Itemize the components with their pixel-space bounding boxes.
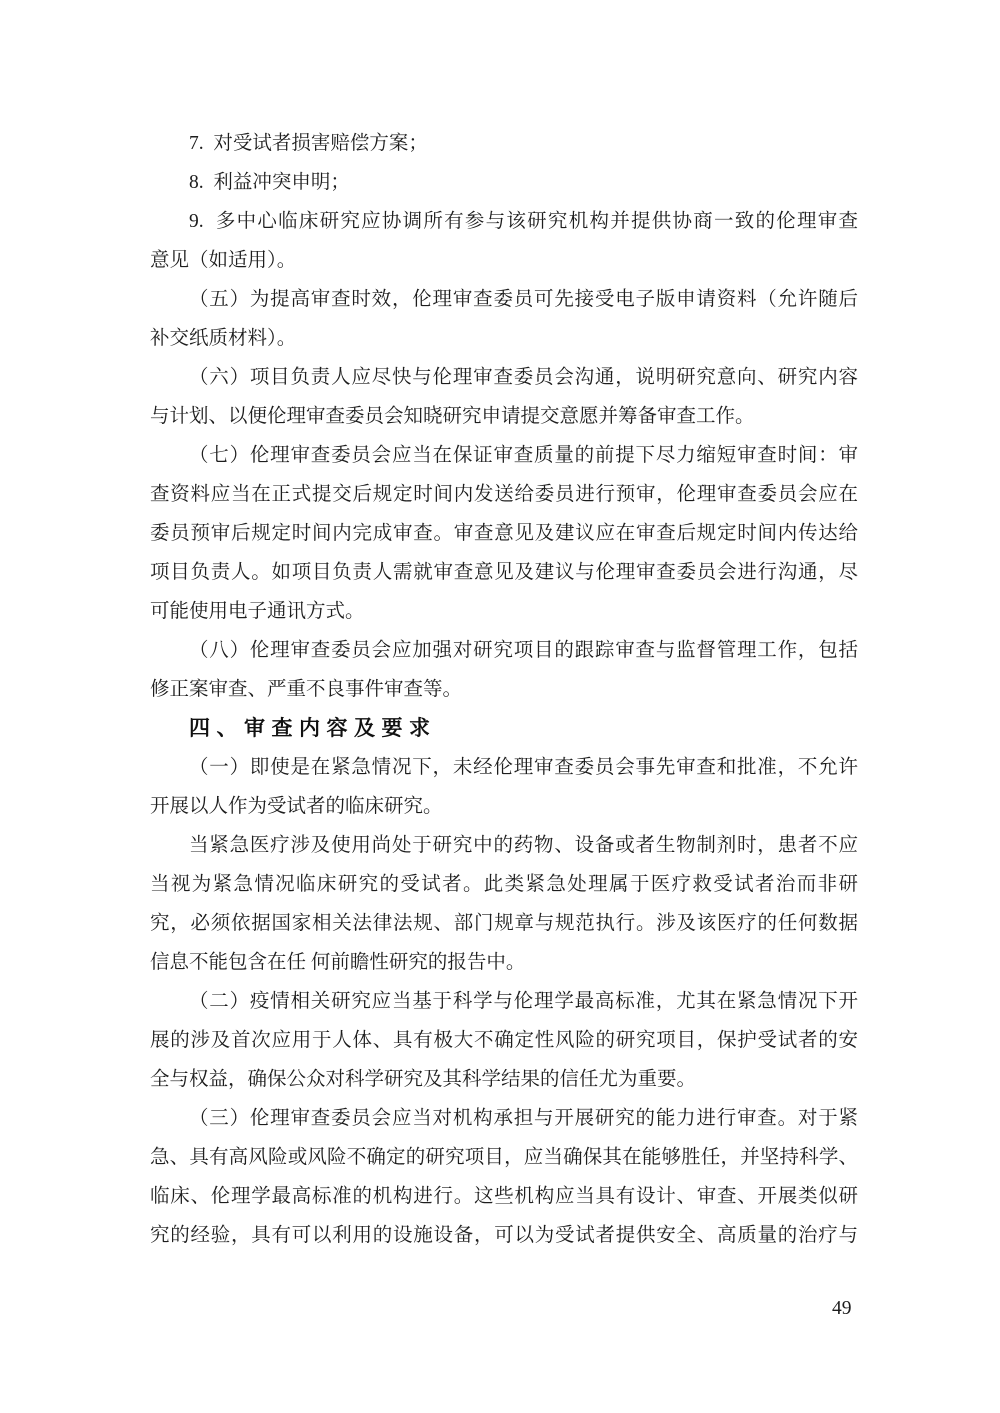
document-page: 7. 对受试者损害赔偿方案；8. 利益冲突申明；9. 多中心临床研究应协调所有参…: [0, 0, 1000, 1413]
page-number: 49: [832, 1297, 852, 1321]
text-line: 查资料应当在正式提交后规定时间内发送给委员进行预审，伦理审查委员会应在: [150, 475, 858, 514]
paragraph: （一）即使是在紧急情况下，未经伦理审查委员会事先审查和批准，不允许开展以人作为受…: [150, 748, 858, 826]
paragraph: （八）伦理审查委员会应加强对研究项目的跟踪审查与监督管理工作，包括修正案审查、严…: [150, 631, 858, 709]
text-line: 当视为紧急情况临床研究的受试者。此类紧急处理属于医疗救受试者治而非研: [150, 865, 858, 904]
text-line: 可能使用电子通讯方式。: [150, 592, 858, 631]
text-line: 项目负责人。如项目负责人需就审查意见及建议与伦理审查委员会进行沟通，尽: [150, 553, 858, 592]
text-line: 当紧急医疗涉及使用尚处于研究中的药物、设备或者生物制剂时，患者不应: [150, 826, 858, 865]
text-line: （一）即使是在紧急情况下，未经伦理审查委员会事先审查和批准，不允许: [150, 748, 858, 787]
text-line: 临床、伦理学最高标准的机构进行。这些机构应当具有设计、审查、开展类似研: [150, 1177, 858, 1216]
paragraph: （六）项目负责人应尽快与伦理审查委员会沟通，说明研究意向、研究内容与计划、以便伦…: [150, 358, 858, 436]
text-line: 意见（如适用）。: [150, 241, 858, 280]
text-line: 急、具有高风险或风险不确定的研究项目，应当确保其在能够胜任，并坚持科学、: [150, 1138, 858, 1177]
text-line: 展的涉及首次应用于人体、具有极大不确定性风险的研究项目，保护受试者的安: [150, 1021, 858, 1060]
text-line: 8. 利益冲突申明；: [150, 163, 858, 202]
text-line: 与计划、以便伦理审查委员会知晓研究申请提交意愿并筹备审查工作。: [150, 397, 858, 436]
text-line: 全与权益，确保公众对科学研究及其科学结果的信任尤为重要。: [150, 1060, 858, 1099]
text-line: 究，必须依据国家相关法律法规、部门规章与规范执行。涉及该医疗的任何数据: [150, 904, 858, 943]
text-line: （三）伦理审查委员会应当对机构承担与开展研究的能力进行审查。对于紧: [150, 1099, 858, 1138]
text-line: 9. 多中心临床研究应协调所有参与该研究机构并提供协商一致的伦理审查: [150, 202, 858, 241]
list-item: 7. 对受试者损害赔偿方案；: [150, 124, 858, 163]
paragraph: （七）伦理审查委员会应当在保证审查质量的前提下尽力缩短审查时间：审查资料应当在正…: [150, 436, 858, 631]
paragraph: （二）疫情相关研究应当基于科学与伦理学最高标准，尤其在紧急情况下开展的涉及首次应…: [150, 982, 858, 1099]
text-line: 四、审查内容及要求: [150, 709, 858, 748]
text-line: 补交纸质材料）。: [150, 319, 858, 358]
text-line: （六）项目负责人应尽快与伦理审查委员会沟通，说明研究意向、研究内容: [150, 358, 858, 397]
text-line: 修正案审查、严重不良事件审查等。: [150, 670, 858, 709]
text-line: 信息不能包含在任 何前瞻性研究的报告中。: [150, 943, 858, 982]
paragraph: （三）伦理审查委员会应当对机构承担与开展研究的能力进行审查。对于紧急、具有高风险…: [150, 1099, 858, 1255]
text-line: 开展以人作为受试者的临床研究。: [150, 787, 858, 826]
text-line: 委员预审后规定时间内完成审查。审查意见及建议应在审查后规定时间内传达给: [150, 514, 858, 553]
paragraph: 当紧急医疗涉及使用尚处于研究中的药物、设备或者生物制剂时，患者不应当视为紧急情况…: [150, 826, 858, 982]
text-line: （五）为提高审查时效，伦理审查委员可先接受电子版申请资料（允许随后: [150, 280, 858, 319]
text-line: 究的经验，具有可以利用的设施设备，可以为受试者提供安全、高质量的治疗与: [150, 1216, 858, 1255]
paragraph: （五）为提高审查时效，伦理审查委员可先接受电子版申请资料（允许随后补交纸质材料）…: [150, 280, 858, 358]
section-heading: 四、审查内容及要求: [150, 709, 858, 748]
text-line: （二）疫情相关研究应当基于科学与伦理学最高标准，尤其在紧急情况下开: [150, 982, 858, 1021]
list-item: 8. 利益冲突申明；: [150, 163, 858, 202]
text-line: 7. 对受试者损害赔偿方案；: [150, 124, 858, 163]
list-item: 9. 多中心临床研究应协调所有参与该研究机构并提供协商一致的伦理审查意见（如适用…: [150, 202, 858, 280]
text-line: （七）伦理审查委员会应当在保证审查质量的前提下尽力缩短审查时间：审: [150, 436, 858, 475]
document-body: 7. 对受试者损害赔偿方案；8. 利益冲突申明；9. 多中心临床研究应协调所有参…: [150, 124, 858, 1255]
text-line: （八）伦理审查委员会应加强对研究项目的跟踪审查与监督管理工作，包括: [150, 631, 858, 670]
